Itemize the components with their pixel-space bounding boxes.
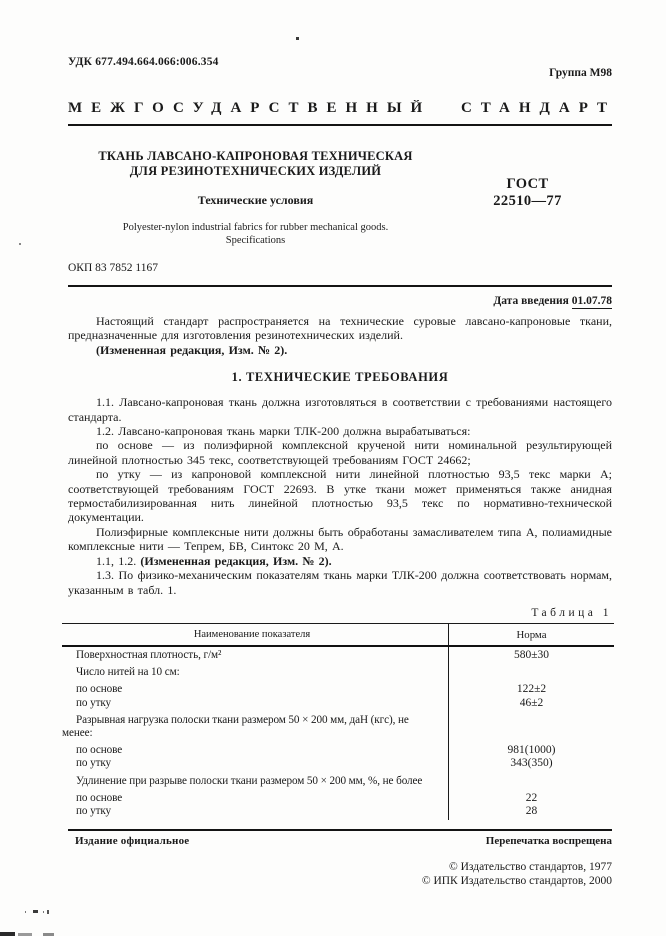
footer-row: Издание официальное Перепечатка воспреще… bbox=[68, 835, 612, 847]
document-title-line2: ДЛЯ РЕЗИНОТЕХНИЧЕСКИХ ИЗДЕЛИЙ bbox=[68, 164, 443, 179]
table-cell-line: по основе bbox=[62, 683, 442, 696]
table-row: Число нитей на 10 см: bbox=[62, 664, 614, 681]
table-cell-line: менее: bbox=[62, 727, 442, 740]
document-title-english-line2: Specifications bbox=[68, 234, 443, 247]
document-title: ТКАНЬ ЛАВСАНО-КАПРОНОВАЯ ТЕХНИЧЕСКАЯ ДЛЯ… bbox=[68, 149, 443, 179]
table-cell-line: по основе bbox=[62, 792, 442, 805]
table-cell-line: по утку bbox=[62, 757, 442, 770]
scan-artifact bbox=[43, 911, 44, 913]
scan-artifact bbox=[33, 910, 38, 913]
section-1-heading: 1. ТЕХНИЧЕСКИЕ ТРЕБОВАНИЯ bbox=[68, 370, 612, 385]
table-cell-line: 981(1000) bbox=[451, 744, 612, 757]
footer-rule bbox=[68, 829, 612, 831]
no-reprint-label: Перепечатка воспрещена bbox=[486, 835, 612, 847]
table-cell-indicator: Разрывная нагрузка полоски ткани размеро… bbox=[62, 712, 448, 742]
table-cell-line: 46±2 bbox=[451, 697, 612, 710]
group-code: Группа М98 bbox=[549, 67, 612, 79]
title-block: ТКАНЬ ЛАВСАНО-КАПРОНОВАЯ ТЕХНИЧЕСКАЯ ДЛЯ… bbox=[68, 149, 612, 247]
paragraph-amendment-2: 1.1, 1.2. (Измененная редакция, Изм. № 2… bbox=[68, 554, 612, 568]
gost-number: 22510—77 bbox=[443, 193, 612, 210]
table-cell-line: Удлинение при разрыве полоски ткани разм… bbox=[62, 775, 442, 788]
document-title-line1: ТКАНЬ ЛАВСАНО-КАПРОНОВАЯ ТЕХНИЧЕСКАЯ bbox=[68, 149, 443, 164]
table-row: по основепо утку122±246±2 bbox=[62, 681, 614, 711]
gost-label: ГОСТ bbox=[443, 176, 612, 193]
paragraph-1-2: 1.2. Лавсано-капроновая ткань марки ТЛК-… bbox=[68, 424, 612, 438]
table-header-norm: Норма bbox=[448, 624, 614, 645]
table-cell-norm: 580±30 bbox=[448, 647, 614, 664]
scan-artifact bbox=[296, 37, 299, 40]
scan-artifact bbox=[47, 910, 49, 914]
okp-code: ОКП 83 7852 1167 bbox=[68, 262, 612, 274]
table-cell-line: по утку bbox=[62, 697, 442, 710]
table-cell-line: по основе bbox=[62, 744, 442, 757]
table-cell-norm bbox=[448, 712, 614, 742]
udk-code: УДК 677.494.664.066:006.354 bbox=[68, 56, 219, 68]
table-cell-line: 122±2 bbox=[451, 683, 612, 696]
paragraph-1-2-weft: по утку — из капроновой комплексной нити… bbox=[68, 467, 612, 525]
introduction-date-value: 01.07.78 bbox=[572, 295, 612, 309]
amendment-2-text: (Измененная редакция, Изм. № 2). bbox=[140, 554, 331, 568]
table-row: Поверхностная плотность, г/м²580±30 bbox=[62, 647, 614, 664]
paragraph-1-2-warp: по основе — из полиэфирной комплексной к… bbox=[68, 438, 612, 467]
table-cell-indicator: Поверхностная плотность, г/м² bbox=[62, 647, 448, 664]
table-cell-norm: 981(1000)343(350) bbox=[448, 742, 614, 772]
table-cell-line: по утку bbox=[62, 805, 442, 818]
table-cell-line: 580±30 bbox=[451, 649, 612, 662]
table-row: по основепо утку981(1000)343(350) bbox=[62, 742, 614, 772]
page-content: УДК 677.494.664.066:006.354 Группа М98 М… bbox=[0, 0, 666, 888]
table-row: Удлинение при разрыве полоски ткани разм… bbox=[62, 773, 614, 790]
table-cell-indicator: по основепо утку bbox=[62, 790, 448, 820]
table-cell-line: 22 bbox=[451, 792, 612, 805]
title-left-column: ТКАНЬ ЛАВСАНО-КАПРОНОВАЯ ТЕХНИЧЕСКАЯ ДЛЯ… bbox=[68, 149, 443, 247]
table-cell-indicator: Удлинение при разрыве полоски ткани разм… bbox=[62, 773, 448, 790]
horizontal-rule bbox=[68, 285, 612, 287]
document-title-english: Polyester-nylon industrial fabrics for r… bbox=[68, 221, 443, 247]
table-cell-line: Число нитей на 10 см: bbox=[62, 666, 442, 679]
document-subtitle: Технические условия bbox=[68, 193, 443, 208]
paragraph-intro-amendment: (Измененная редакция, Изм. № 2). bbox=[68, 343, 612, 357]
document-body: Настоящий стандарт распространяется на т… bbox=[68, 314, 612, 597]
table-row: по основепо утку2228 bbox=[62, 790, 614, 820]
official-edition-label: Издание официальное bbox=[68, 835, 189, 847]
table-cell-line: 343(350) bbox=[451, 757, 612, 770]
scan-artifact bbox=[19, 243, 21, 245]
scan-artifact bbox=[25, 911, 26, 913]
table-cell-line: Разрывная нагрузка полоски ткани размеро… bbox=[62, 714, 442, 727]
spec-table-body: Поверхностная плотность, г/м²580±30Число… bbox=[62, 647, 614, 820]
table-cell-indicator: по основепо утку bbox=[62, 742, 448, 772]
gost-designation: ГОСТ 22510—77 bbox=[443, 176, 612, 247]
table-cell-norm bbox=[448, 664, 614, 681]
copyright-2000: © ИПК Издательство стандартов, 2000 bbox=[68, 875, 612, 889]
table-caption: Таблица 1 bbox=[68, 607, 612, 619]
copyright-1977: © Издательство стандартов, 1977 bbox=[68, 861, 612, 875]
paragraph-1-3: 1.3. По физико-механическим показателям … bbox=[68, 568, 612, 597]
table-cell-norm: 2228 bbox=[448, 790, 614, 820]
table-cell-indicator: по основепо утку bbox=[62, 681, 448, 711]
paragraph-intro: Настоящий стандарт распространяется на т… bbox=[68, 314, 612, 343]
table-cell-line: Поверхностная плотность, г/м² bbox=[62, 649, 442, 662]
scan-artifact bbox=[0, 932, 15, 936]
scanned-document-page: УДК 677.494.664.066:006.354 Группа М98 М… bbox=[0, 0, 666, 936]
table-cell-norm: 122±246±2 bbox=[448, 681, 614, 711]
table-header-row: Наименование показателя Норма bbox=[62, 624, 614, 647]
paragraph-1-1: 1.1. Лавсано-капроновая ткань должна изг… bbox=[68, 395, 612, 424]
table-cell-line: 28 bbox=[451, 805, 612, 818]
table-row: Разрывная нагрузка полоски ткани размеро… bbox=[62, 712, 614, 742]
table-header-name: Наименование показателя bbox=[62, 624, 448, 645]
copyright-block: © Издательство стандартов, 1977 © ИПК Из… bbox=[68, 861, 612, 888]
classification-row: УДК 677.494.664.066:006.354 Группа М98 bbox=[68, 0, 612, 79]
table-cell-norm bbox=[448, 773, 614, 790]
spec-table: Наименование показателя Норма Поверхност… bbox=[62, 623, 614, 820]
introduction-date-label: Дата введения bbox=[493, 295, 571, 307]
table-cell-indicator: Число нитей на 10 см: bbox=[62, 664, 448, 681]
introduction-date: Дата введения 01.07.78 bbox=[68, 295, 612, 307]
amendment-2-prefix: 1.1, 1.2. bbox=[96, 554, 140, 568]
paragraph-threads: Полиэфирные комплексные нити должны быть… bbox=[68, 525, 612, 554]
standard-type-heading: МЕЖГОСУДАРСТВЕННЫЙ СТАНДАРТ bbox=[68, 100, 612, 126]
document-title-english-line1: Polyester-nylon industrial fabrics for r… bbox=[68, 221, 443, 234]
